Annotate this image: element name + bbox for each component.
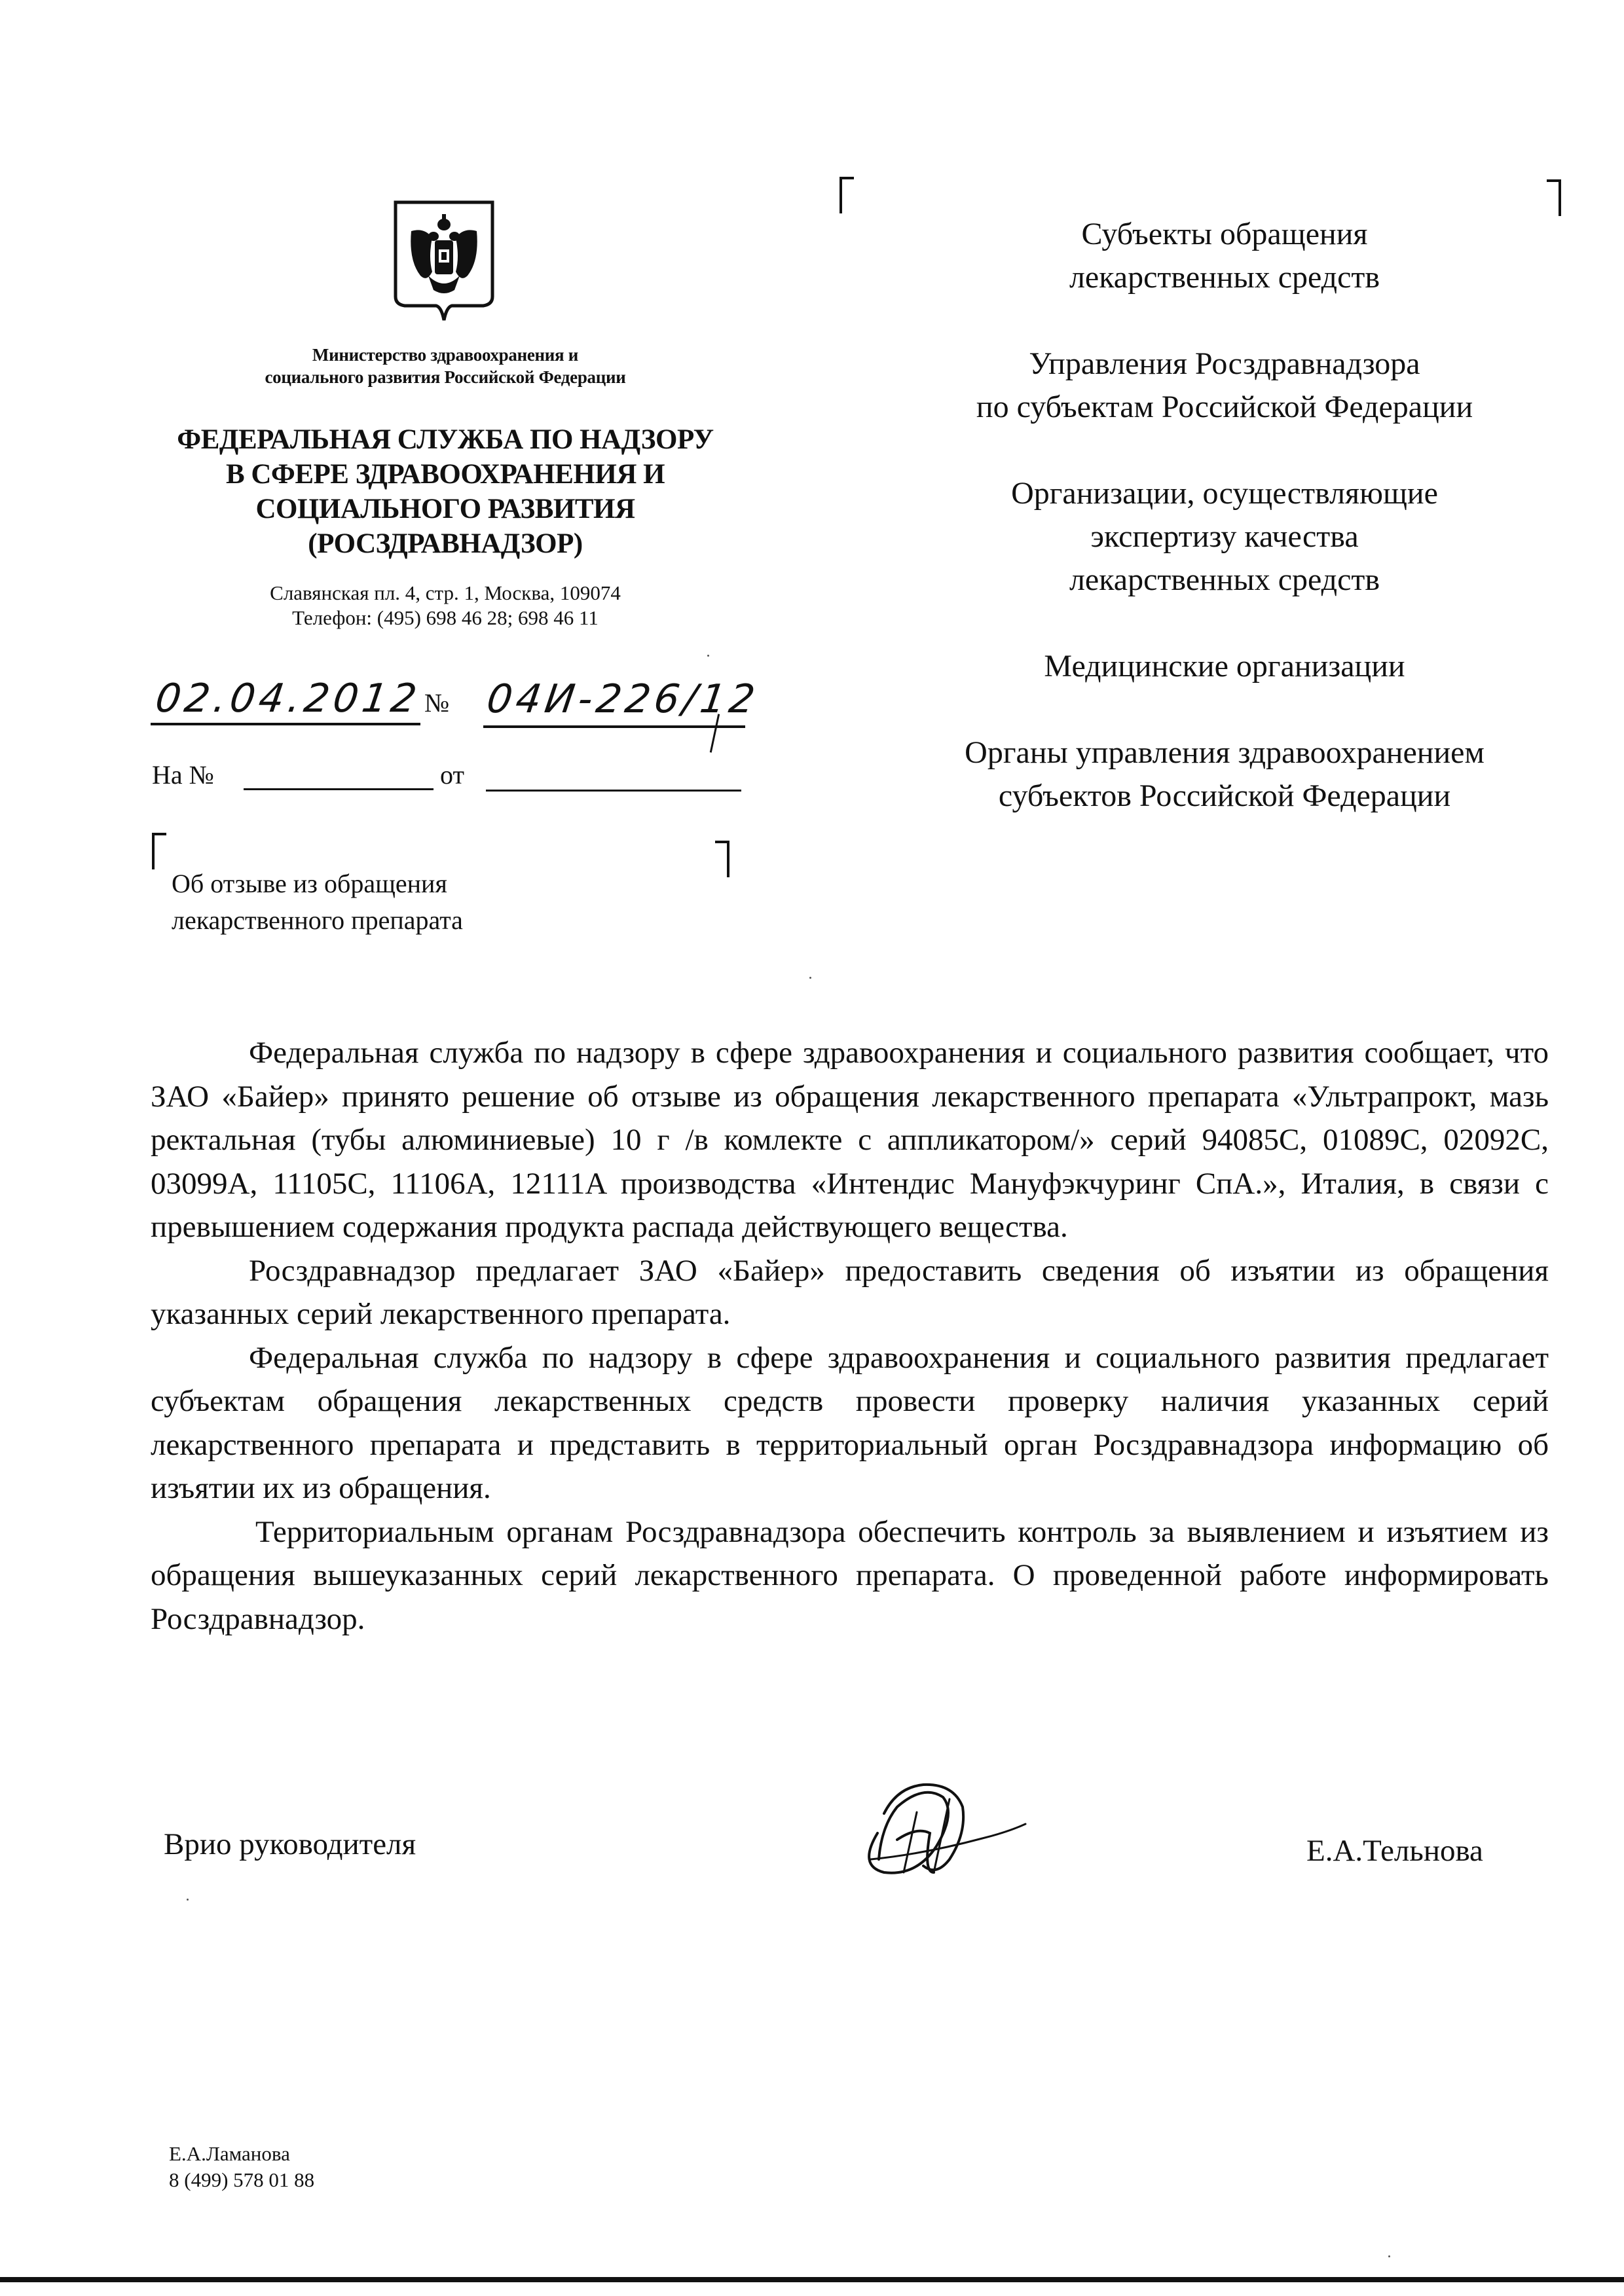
service-line: ФЕДЕРАЛЬНАЯ СЛУЖБА ПО НАДЗОРУ: [144, 422, 747, 457]
subject-bracket-right: [715, 841, 729, 877]
reference-line: На № от: [152, 759, 741, 805]
registration-number-field: 04И-226/12: [483, 673, 745, 728]
subject-line: Об отзыве из обращения: [172, 866, 630, 902]
scan-speck: [707, 655, 709, 657]
reference-from-label: от: [440, 759, 464, 790]
reference-number-blank: [244, 788, 434, 790]
scan-speck: [809, 977, 811, 979]
service-address: Славянская пл. 4, стр. 1, Москва, 109074…: [164, 581, 727, 630]
signatory-role: Врио руководителя: [164, 1827, 416, 1862]
recipient-line: Медицинские организации: [871, 645, 1578, 688]
body-paragraph: Росздравнадзор предлагает ЗАО «Байер» пр…: [151, 1249, 1549, 1336]
registration-number: 04И-226/12: [483, 673, 762, 725]
russian-coat-of-arms-icon: [392, 198, 496, 323]
service-line: (РОСЗДРАВНАДЗОР): [144, 526, 747, 561]
recipients-block: Субъекты обращения лекарственных средств…: [871, 213, 1578, 818]
recipient-line: экспертизу качества: [871, 515, 1578, 558]
recipient-line: лекарственных средств: [871, 558, 1578, 602]
registration-date-field: 02.04.2012: [151, 673, 420, 725]
recipient: Управления Росздравнадзора по субъектам …: [871, 342, 1578, 429]
executor-block: Е.А.Ламанова 8 (499) 578 01 88: [169, 2141, 314, 2193]
ministry-line: социального развития Российской Федераци…: [196, 366, 694, 388]
body-paragraph: Федеральная служба по надзору в сфере зд…: [151, 1031, 1549, 1249]
scan-speck: [1388, 2255, 1390, 2257]
recipient: Организации, осуществляющие экспертизу к…: [871, 472, 1578, 602]
recipient-line: Субъекты обращения: [871, 213, 1578, 256]
reference-number-label: На №: [152, 759, 214, 790]
recipient: Органы управления здравоохранением субъе…: [871, 731, 1578, 818]
reference-from-blank: [486, 790, 741, 792]
service-line: В СФЕРЕ ЗДРАВООХРАНЕНИЯ И: [144, 457, 747, 492]
service-name: ФЕДЕРАЛЬНАЯ СЛУЖБА ПО НАДЗОРУ В СФЕРЕ ЗД…: [144, 422, 747, 561]
recipient: Субъекты обращения лекарственных средств: [871, 213, 1578, 299]
registration-number-label: №: [424, 687, 449, 718]
registration-date: 02.04.2012: [153, 673, 424, 724]
recipients-bracket-left: [840, 177, 854, 213]
address-line: Славянская пл. 4, стр. 1, Москва, 109074: [164, 581, 727, 606]
registration-line: 02.04.2012 № 04И-226/12: [151, 673, 805, 732]
recipient-line: по субъектам Российской Федерации: [871, 386, 1578, 429]
signatory-name: Е.А.Тельнова: [1306, 1833, 1483, 1868]
subject-bracket-left: [152, 833, 166, 869]
ministry-name: Министерство здравоохранения и социально…: [196, 344, 694, 388]
phone-line: Телефон: (495) 698 46 28; 698 46 11: [164, 606, 727, 630]
ministry-line: Министерство здравоохранения и: [196, 344, 694, 366]
body-paragraph: Федеральная служба по надзору в сфере зд…: [151, 1336, 1549, 1510]
letter-body: Федеральная служба по надзору в сфере зд…: [151, 1031, 1549, 1641]
recipient-line: Управления Росздравнадзора: [871, 342, 1578, 386]
executor-phone: 8 (499) 578 01 88: [169, 2167, 314, 2193]
executor-name: Е.А.Ламанова: [169, 2141, 314, 2167]
recipient: Медицинские организации: [871, 645, 1578, 688]
subject-line: лекарственного препарата: [172, 902, 630, 939]
recipient-line: лекарственных средств: [871, 256, 1578, 299]
recipient-line: Органы управления здравоохранением: [871, 731, 1578, 774]
body-paragraph: Территориальным органам Росздравнадзора …: [151, 1510, 1549, 1641]
recipients-bracket-right: [1547, 179, 1561, 216]
recipient-line: субъектов Российской Федерации: [871, 774, 1578, 818]
letter-subject: Об отзыве из обращения лекарственного пр…: [172, 866, 630, 939]
service-line: СОЦИАЛЬНОГО РАЗВИТИЯ: [144, 492, 747, 526]
handwritten-signature-icon: [819, 1761, 1067, 1886]
scan-speck: [187, 1899, 189, 1901]
recipient-line: Организации, осуществляющие: [871, 472, 1578, 515]
page-bottom-rule: [0, 2277, 1624, 2282]
